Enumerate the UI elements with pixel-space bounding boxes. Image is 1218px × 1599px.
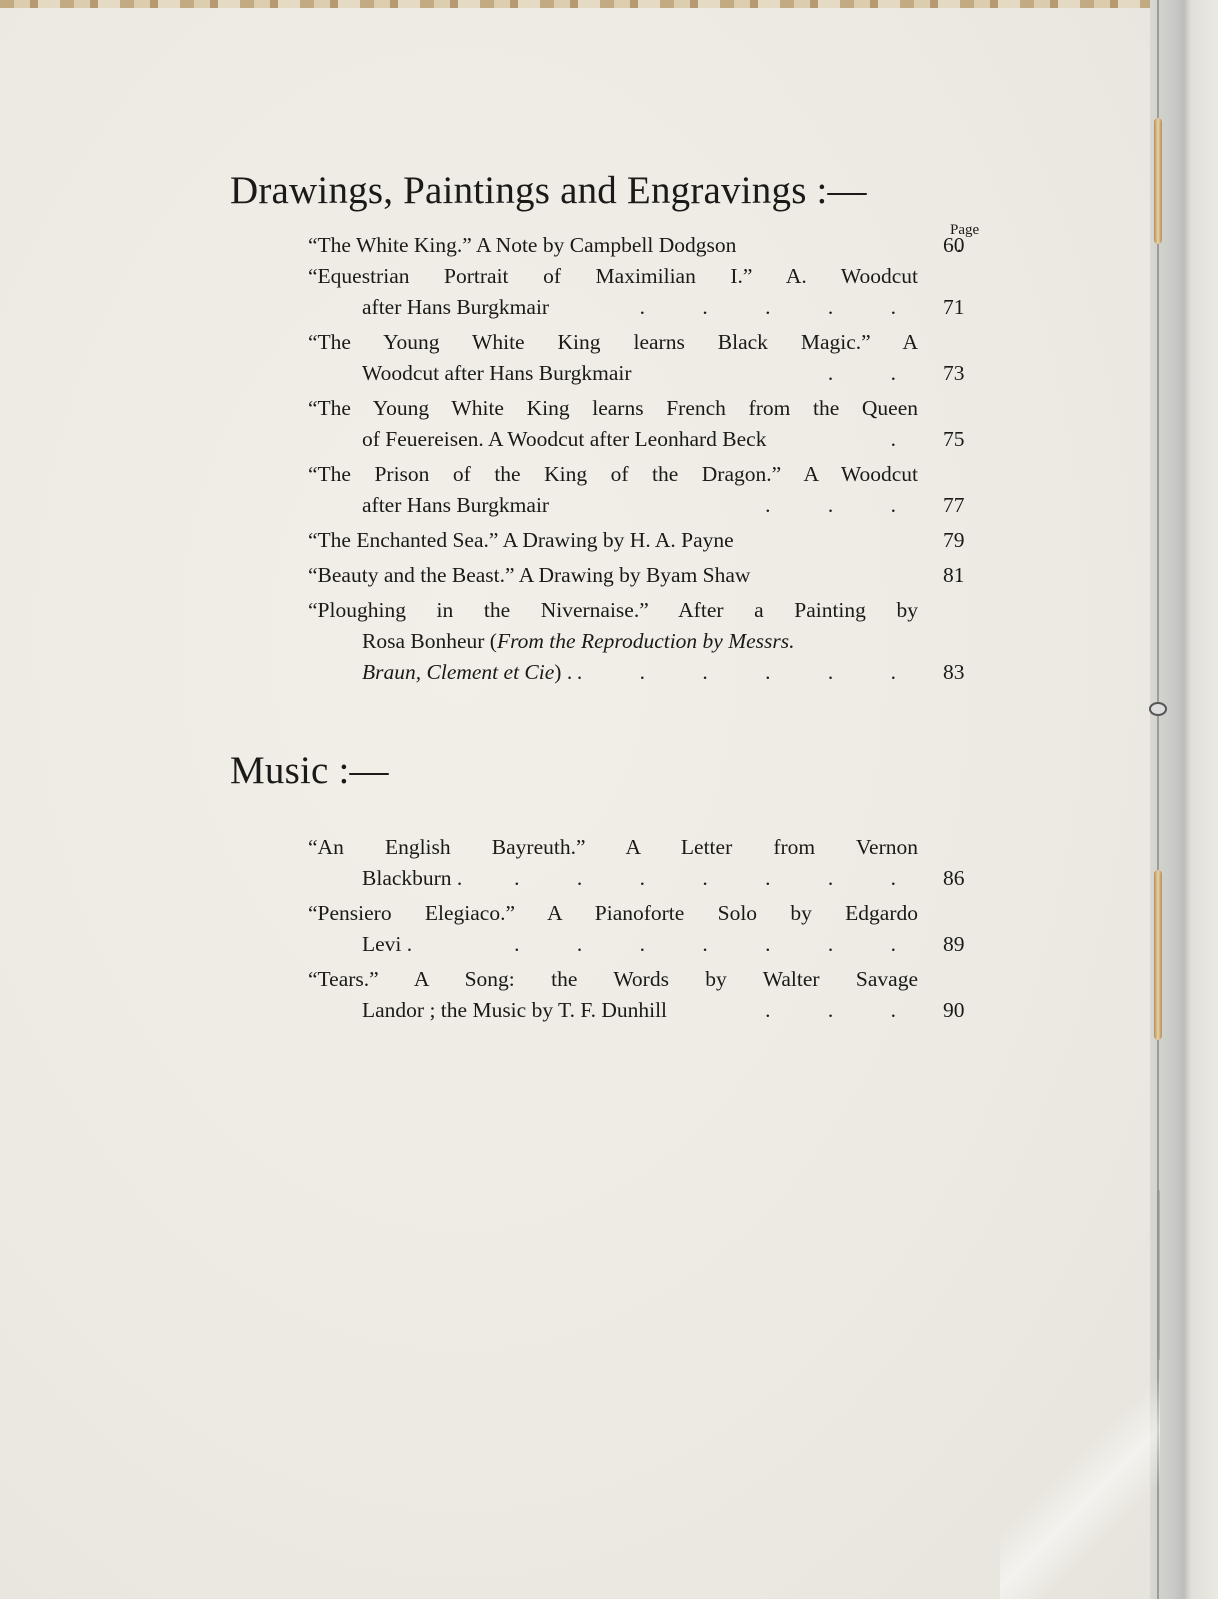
entry-title: “The White King.” A Note by Campbell Dod… <box>308 233 736 257</box>
binding-thread <box>1154 118 1162 244</box>
entry-title: “The Prison of the King of the Dragon.” … <box>308 459 918 490</box>
entry-title: “Pensiero Elegiaco.” A Pianoforte Solo b… <box>308 898 918 929</box>
entry-credit-italic: Braun, Clement et Cie <box>362 660 554 684</box>
contents-entry: “Equestrian Portrait of Maximilian I.” A… <box>308 261 988 323</box>
dot-leader: . . . . . . . <box>514 863 922 894</box>
entry-subtitle: ) . <box>554 660 572 684</box>
entry-subtitle: of Feuereisen. A Woodcut after Leonhard … <box>362 427 766 451</box>
section-heading-music: Music :— <box>230 748 1000 794</box>
dot-leader: . <box>891 424 922 455</box>
contents-entry: “Pensiero Elegiaco.” A Pianoforte Solo b… <box>308 898 988 960</box>
entry-credit-italic: From the Reproduction by Messrs. <box>497 629 795 653</box>
contents-entry: “The White King.” A Note by Campbell Dod… <box>308 230 988 261</box>
binding-hole <box>1149 702 1167 716</box>
entry-title: “Tears.” A Song: the Words by Walter Sav… <box>308 964 918 995</box>
dot-leader: . . . . . <box>640 292 922 323</box>
page-number: 75 <box>943 424 965 455</box>
section-heading-drawings: Drawings, Paintings and Engravings :— <box>230 168 1000 214</box>
page-number: 60 <box>943 230 965 261</box>
page-number: 77 <box>943 490 965 521</box>
entry-subtitle: after Hans Burgkmair <box>362 295 549 319</box>
contents-entry: “The Prison of the King of the Dragon.” … <box>308 459 988 521</box>
page-number: 73 <box>943 358 965 389</box>
entry-subtitle: Landor ; the Music by T. F. Dunhill <box>362 998 667 1022</box>
contents-entry: “Tears.” A Song: the Words by Walter Sav… <box>308 964 988 1026</box>
contents-entry: “Beauty and the Beast.” A Drawing by Bya… <box>308 560 988 591</box>
contents-entry: “The Young White King learns French from… <box>308 393 988 455</box>
drawings-entries: “The White King.” A Note by Campbell Dod… <box>308 230 988 688</box>
dot-leader: . . <box>828 358 922 389</box>
dot-leader: . . . . . . . <box>514 929 922 960</box>
contents-entry: “The Enchanted Sea.” A Drawing by H. A. … <box>308 525 988 556</box>
dot-leader: . . . <box>765 490 922 521</box>
entry-title: “Equestrian Portrait of Maximilian I.” A… <box>308 261 918 292</box>
entry-title: “The Young White King learns Black Magic… <box>308 327 918 358</box>
dot-leader: . . . <box>765 995 922 1026</box>
entry-subtitle: Woodcut after Hans Burgkmair <box>362 361 632 385</box>
entry-subtitle: Blackburn . <box>362 866 462 890</box>
contents-entry: “The Young White King learns Black Magic… <box>308 327 988 389</box>
binding-thread <box>1157 1190 1160 1360</box>
dot-leader: . . . . . . <box>577 657 922 688</box>
page-number: 79 <box>943 525 965 556</box>
page-top-edge-stain <box>0 0 1150 8</box>
entry-subtitle: after Hans Burgkmair <box>362 493 549 517</box>
entry-subtitle: Rosa Bonheur ( <box>362 629 497 653</box>
page-number: 71 <box>943 292 965 323</box>
entry-title: “Beauty and the Beast.” A Drawing by Bya… <box>308 563 750 587</box>
contents-listing: Drawings, Paintings and Engravings :— Pa… <box>230 168 1000 1026</box>
page-number: 89 <box>943 929 965 960</box>
page-number: 81 <box>943 560 965 591</box>
binding-thread <box>1154 870 1162 1040</box>
page-number: 83 <box>943 657 965 688</box>
entry-title: “The Enchanted Sea.” A Drawing by H. A. … <box>308 528 734 552</box>
entry-title: “Ploughing in the Nivernaise.” After a P… <box>308 595 918 626</box>
page-number: 86 <box>943 863 965 894</box>
contents-entry: “Ploughing in the Nivernaise.” After a P… <box>308 595 988 688</box>
page-corner-fold <box>1000 1380 1160 1599</box>
entry-title: “The Young White King learns French from… <box>308 393 918 424</box>
music-entries: “An English Bayreuth.” A Letter from Ver… <box>308 832 988 1026</box>
contents-entry: “An English Bayreuth.” A Letter from Ver… <box>308 832 988 894</box>
page-number: 90 <box>943 995 965 1026</box>
entry-subtitle: Levi . <box>362 932 412 956</box>
entry-title: “An English Bayreuth.” A Letter from Ver… <box>308 832 918 863</box>
